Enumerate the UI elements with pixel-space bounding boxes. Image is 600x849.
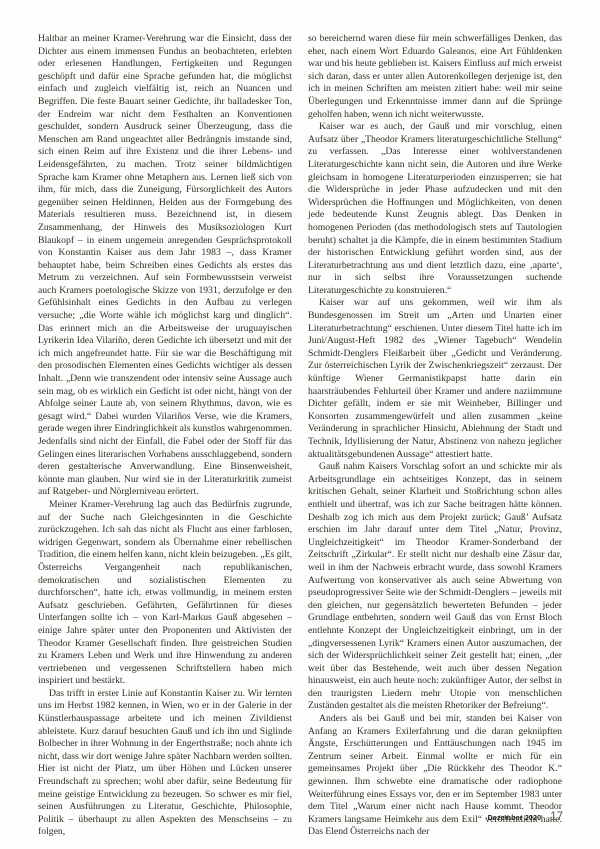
magazine-page: Haltbar an meiner Kramer-Verehrung war d… — [0, 0, 600, 849]
body-paragraph: Haltbar an meiner Kramer-Verehrung war d… — [38, 33, 292, 499]
issue-date: Dezember 2020 — [488, 815, 542, 822]
body-paragraph: Meiner Kramer-Verehrung lag auch das Bed… — [38, 499, 292, 688]
left-column: Haltbar an meiner Kramer-Verehrung war d… — [38, 33, 292, 839]
page-footer: Dezember 2020 17 — [488, 811, 563, 823]
right-column: so bereichernd waren diese für mein schw… — [308, 33, 562, 839]
body-paragraph: Das trifft in erster Linie auf Konstanti… — [38, 688, 292, 839]
two-column-text-block: Haltbar an meiner Kramer-Verehrung war d… — [38, 33, 562, 839]
page-number: 17 — [550, 811, 563, 823]
body-paragraph: Kaiser war auf uns gekommen, weil wir ih… — [308, 297, 562, 461]
body-paragraph: so bereichernd waren diese für mein schw… — [308, 33, 562, 121]
body-paragraph: Gauß nahm Kaisers Vorschlag sofort an un… — [308, 461, 562, 713]
body-paragraph: Kaiser war es auch, der Gauß und mir vor… — [308, 121, 562, 297]
